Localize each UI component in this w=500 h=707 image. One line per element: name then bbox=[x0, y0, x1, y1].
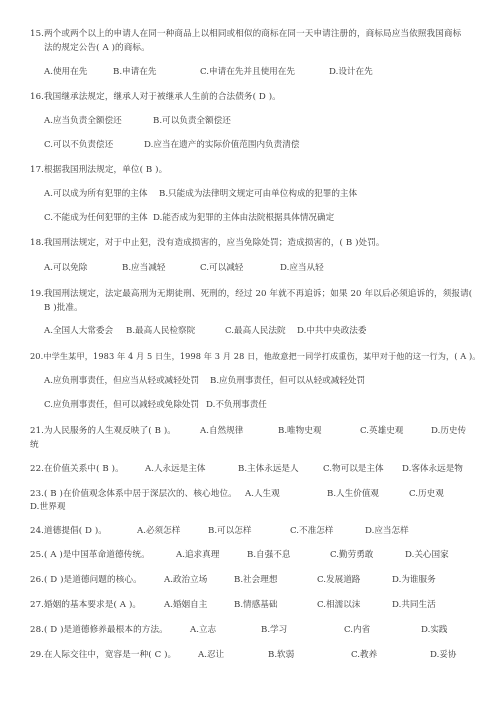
question-25-option-a: A.追求真理 bbox=[176, 550, 219, 561]
question-26-option-a: A.政治立场 bbox=[164, 575, 207, 586]
question-27-text: 27.婚姻的基本要求是( A )。 bbox=[30, 600, 141, 611]
question-23-option-d: D.世界观 bbox=[30, 502, 66, 513]
question-29-option-c: C.教养 bbox=[351, 650, 377, 661]
question-29-option-a: A.忍让 bbox=[198, 650, 224, 661]
question-20-text: 20.中学生某甲，1983 年 4 月 5 日生，1998 年 3 月 28 日… bbox=[30, 351, 481, 362]
question-27-option-d: D.共同生活 bbox=[392, 600, 436, 611]
question-28-text: 28.( D )是道德修养最根本的方法。 bbox=[30, 625, 168, 636]
question-21-option-d: D.历史传 bbox=[431, 426, 466, 437]
question-19-text: 19.我国刑法规定，法定最高刑为无期徒刑、死刑的，经过 20 年就不再追诉；如果… bbox=[30, 289, 472, 300]
question-16-option-d: D.应当在遗产的实际价值范围内负责清偿 bbox=[144, 140, 299, 151]
question-19-text-cont: B )批准。 bbox=[44, 303, 83, 314]
question-22-option-a: A.人永远是主体 bbox=[145, 464, 206, 475]
question-26-text: 26.( D )是道德问题的核心。 bbox=[30, 575, 142, 586]
question-28-option-b: B.学习 bbox=[261, 625, 287, 636]
question-15-text-cont: 法的规定公告( A )的商标。 bbox=[44, 43, 150, 54]
question-24-option-a: A.必须怎样 bbox=[137, 526, 180, 537]
question-23-option-c: C.历史观 bbox=[409, 489, 444, 500]
question-21-option-a: A.自然规律 bbox=[200, 426, 243, 437]
question-28-option-c: C.内省 bbox=[344, 625, 370, 636]
question-20-option-c: C.应负刑事责任，但可以减轻或免除处罚 bbox=[44, 400, 199, 411]
question-22-text: 22.在价值关系中( B )。 bbox=[30, 464, 124, 475]
question-25-option-b: B.自强不息 bbox=[247, 550, 290, 561]
question-19-option-c: C.最高人民法院 bbox=[225, 326, 286, 337]
question-18-option-a: A.可以免除 bbox=[44, 263, 87, 274]
question-24-option-b: B.可以怎样 bbox=[208, 526, 251, 537]
question-28-option-d: D.实践 bbox=[421, 625, 448, 636]
question-17-option-c: C.不能成为任何犯罪的主体 bbox=[44, 213, 148, 224]
question-29-option-b: B.软弱 bbox=[268, 650, 294, 661]
question-27-option-c: C.相濡以沫 bbox=[317, 600, 360, 611]
question-16-text: 16.我国继承法规定，继承人对于被继承人生前的合法债务( D )。 bbox=[30, 92, 281, 103]
question-22-option-d: D.客体永远是物 bbox=[402, 464, 463, 475]
question-15-text: 15.两个或两个以上的申请人在同一种商品上以相同或相似的商标在同一天申请注册的，… bbox=[30, 29, 461, 40]
question-27-option-b: B.情感基础 bbox=[234, 600, 277, 611]
question-19-option-a: A.全国人大常委会 bbox=[44, 326, 113, 337]
question-17-option-a: A.可以成为所有犯罪的主体 bbox=[44, 189, 147, 200]
question-28-option-a: A.立志 bbox=[190, 625, 216, 636]
question-24-text: 24.道德提倡( D )。 bbox=[30, 526, 107, 537]
question-20-option-d: D.不负刑事责任 bbox=[206, 400, 267, 411]
question-17-text: 17.根据我国刑法规定，单位( B )。 bbox=[30, 165, 167, 176]
question-18-option-b: B.应当减轻 bbox=[122, 263, 165, 274]
question-19-option-d: D.中共中央政法委 bbox=[297, 326, 366, 337]
question-21-text-cont: 统 bbox=[30, 440, 39, 451]
question-25-text: 25.( A )是中国革命道德传统。 bbox=[30, 550, 150, 561]
question-17-option-d: D.能否成为犯罪的主体由法院根据具体情况确定 bbox=[153, 213, 334, 224]
question-20-option-a: A.应负刑事责任，但应当从轻或减轻处罚 bbox=[44, 376, 199, 387]
question-22-option-b: B.主体永远是人 bbox=[238, 464, 299, 475]
question-27-option-a: A.婚姻自主 bbox=[164, 600, 207, 611]
question-15-option-b: B.申请在先 bbox=[113, 67, 156, 78]
question-25-option-d: D.关心国家 bbox=[405, 550, 449, 561]
question-20-option-b: B.应负刑事责任，但可以从轻或减轻处罚 bbox=[210, 376, 365, 387]
question-24-option-d: D.应当怎样 bbox=[365, 526, 409, 537]
question-15-option-d: D.设计在先 bbox=[329, 67, 373, 78]
question-22-option-c: C.物可以是主体 bbox=[323, 464, 384, 475]
question-16-option-c: C.可以不负责偿还 bbox=[44, 140, 113, 151]
question-19-option-b: B.最高人民检察院 bbox=[126, 326, 195, 337]
question-18-option-d: D.应当从轻 bbox=[280, 263, 324, 274]
question-16-option-a: A.应当负责全额偿还 bbox=[44, 116, 122, 127]
question-25-option-c: C.勤劳勇敢 bbox=[330, 550, 373, 561]
question-23-text: 23.( B )在价值观念体系中居于深层次的、核心地位。 bbox=[30, 489, 237, 500]
question-26-option-b: B.社会理想 bbox=[234, 575, 277, 586]
question-24-option-c: C.不准怎样 bbox=[290, 526, 333, 537]
question-16-option-b: B.可以负责全额偿还 bbox=[153, 116, 231, 127]
question-29-option-d: D.妥协 bbox=[430, 650, 457, 661]
question-23-option-a: A.人生观 bbox=[245, 489, 280, 500]
question-21-option-c: C.英雄史观 bbox=[360, 426, 403, 437]
question-21-text: 21.为人民服务的人生观反映了( B )。 bbox=[30, 426, 176, 437]
question-29-text: 29.在人际交往中，宽容是一种( C )。 bbox=[30, 650, 176, 661]
question-17-option-b: B.只能成为法律明文规定可由单位构成的犯罪的主体 bbox=[159, 189, 357, 200]
question-15-option-c: C.申请在先并且使用在先 bbox=[200, 67, 295, 78]
question-23-option-b: B.人生价值观 bbox=[327, 489, 379, 500]
question-15-option-a: A.使用在先 bbox=[44, 67, 87, 78]
question-26-option-c: C.发展道路 bbox=[317, 575, 360, 586]
question-18-option-c: C.可以减轻 bbox=[200, 263, 243, 274]
question-21-option-b: B.唯物史观 bbox=[278, 426, 321, 437]
question-18-text: 18.我国刑法规定，对于中止犯，没有造成损害的，应当免除处罚；造成损害的，( B… bbox=[30, 238, 385, 249]
question-26-option-d: D.为谁服务 bbox=[392, 575, 436, 586]
